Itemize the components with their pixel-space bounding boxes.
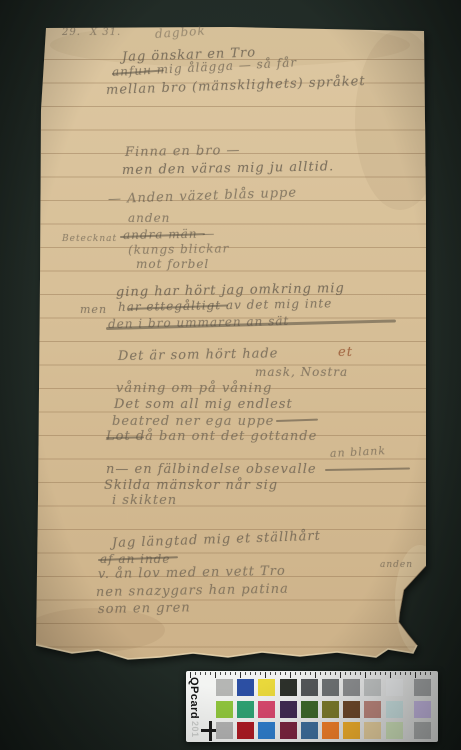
color-patch xyxy=(414,701,431,718)
color-patch xyxy=(301,701,318,718)
color-patch xyxy=(258,679,275,696)
handwriting-header-number: 29. xyxy=(62,27,81,38)
color-patch xyxy=(280,722,297,739)
color-calibration-card: QPcard 201 xyxy=(186,671,438,742)
handwriting-line: Skilda mänskor når sig xyxy=(104,478,278,493)
color-patch xyxy=(364,679,381,696)
handwriting-line: i skikten xyxy=(112,493,177,508)
color-patch xyxy=(343,701,360,718)
color-patch-grid xyxy=(186,671,438,742)
handwriting-line: beatred ner ega uppe xyxy=(112,414,274,429)
color-patch xyxy=(237,722,254,739)
handwriting-line: anden xyxy=(128,211,170,225)
handwriting-line: (kungs blickar xyxy=(128,241,230,257)
color-patch xyxy=(364,722,381,739)
handwriting-line: n— en fälbindelse obsevalle xyxy=(106,462,317,477)
color-patch xyxy=(343,679,360,696)
margin-note: Betecknat xyxy=(62,234,117,244)
color-patch xyxy=(343,722,360,739)
handwriting-line: mot forbel xyxy=(136,257,209,271)
color-patch xyxy=(386,679,403,696)
handwriting-red-mark: et xyxy=(338,345,353,360)
handwriting-line: Finna en bro — xyxy=(125,143,241,160)
handwriting-header-date: X 31. xyxy=(90,27,121,38)
color-patch xyxy=(322,722,339,739)
color-patch xyxy=(386,701,403,718)
color-patch xyxy=(216,679,233,696)
manuscript-paper xyxy=(0,0,461,750)
color-patch xyxy=(280,679,297,696)
color-patch xyxy=(237,679,254,696)
color-patch xyxy=(280,701,297,718)
handwriting-line: våning om på våning xyxy=(116,381,272,396)
color-patch xyxy=(301,722,318,739)
color-patch xyxy=(301,679,318,696)
color-patch xyxy=(364,701,381,718)
color-patch xyxy=(386,722,403,739)
handwriting-line: Det som all mig endlest xyxy=(114,397,293,412)
color-patch xyxy=(322,701,339,718)
color-patch xyxy=(414,679,431,696)
margin-note: men xyxy=(80,303,107,316)
color-patch xyxy=(237,701,254,718)
color-patch xyxy=(258,701,275,718)
color-patch xyxy=(322,679,339,696)
handwriting-line: som en gren xyxy=(98,600,191,617)
photo-background: 29. X 31. dagbok Jag önskar en Tro anfин… xyxy=(0,0,461,750)
handwriting-line: mask, Nostra xyxy=(255,365,348,379)
handwriting-superscript: anden xyxy=(380,560,413,570)
handwriting-line: Det är som hört hade xyxy=(118,346,279,364)
color-patch xyxy=(258,722,275,739)
color-patch xyxy=(216,701,233,718)
color-patch xyxy=(216,722,233,739)
color-patch xyxy=(414,722,431,739)
